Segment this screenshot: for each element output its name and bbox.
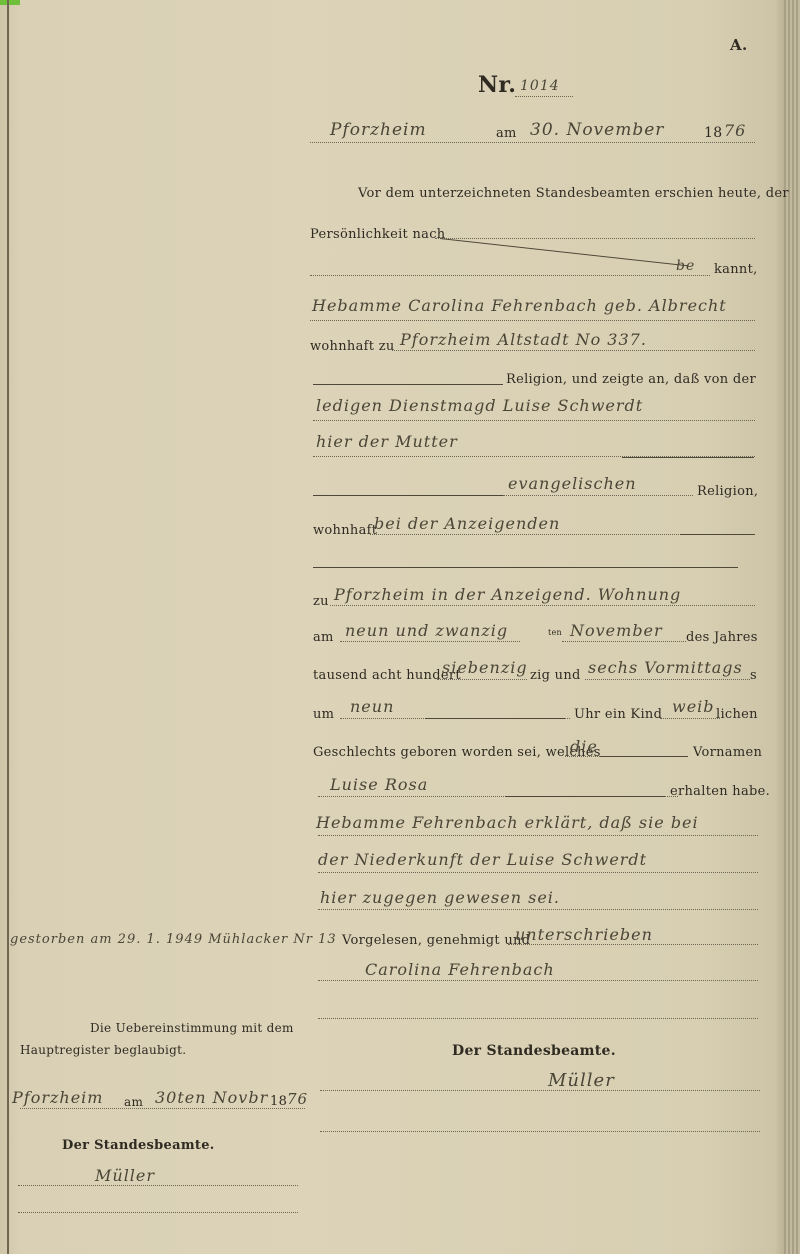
record-number-label: Nr.: [478, 72, 516, 98]
birth-day-label: am: [313, 630, 334, 645]
mother-hand-1: ledigen Dienstmagd Luise Schwerdt: [316, 396, 643, 415]
mother-religion-line: [503, 495, 693, 496]
page-marker: A.: [730, 36, 747, 54]
strike-line: [440, 238, 689, 266]
time-rule: [425, 718, 565, 719]
birth-month-line: [562, 641, 686, 642]
cert-signature: Müller: [95, 1166, 155, 1185]
certification-line-1: Die Uebereinstimmung mit dem: [90, 1021, 294, 1035]
religion-line: Religion, und zeigte an, daß von der: [506, 372, 756, 387]
mother-residence-hand: bei der Anzeigenden: [374, 514, 560, 533]
birthplace-hand: Pforzheim in der Anzeigend. Wohnung: [334, 585, 681, 604]
thousand-label: tausend acht hundert: [313, 668, 461, 683]
corner-tab: [0, 0, 20, 5]
approval-label: Vorgelesen, genehmigt und: [342, 933, 530, 948]
registrar-label: Der Standesbeamte.: [452, 1043, 616, 1059]
decade-hand: siebenzig: [442, 658, 528, 677]
date-hand: 30. November: [530, 120, 664, 140]
place-hand: Pforzheim: [330, 120, 427, 140]
time-hand: neun: [350, 697, 394, 716]
birth-day-line: [340, 641, 520, 642]
mother-hand-2: hier der Mutter: [316, 432, 458, 451]
cert-place-hand: Pforzheim: [12, 1088, 103, 1107]
registrar-line-2: [320, 1131, 760, 1132]
year-prefix: 18: [704, 125, 722, 141]
birth-month-hand: November: [570, 621, 663, 640]
sex-hand: weib: [672, 697, 715, 716]
note-line-2: [318, 872, 758, 873]
known-prefix-hand: be: [676, 258, 695, 274]
informant-line: [310, 320, 755, 321]
note-hand-2: der Niederkunft der Luise Schwerdt: [318, 850, 647, 869]
mother-religion-rule: [313, 495, 503, 496]
informant-signature: Carolina Fehrenbach: [365, 960, 555, 979]
cert-year-prefix: 18: [270, 1094, 287, 1109]
approval-hand: unterschrieben: [515, 925, 653, 944]
record-number: 1014: [520, 78, 560, 94]
note-line-3: [318, 909, 758, 910]
informant-hand: Hebamme Carolina Fehrenbach geb. Albrech…: [312, 296, 727, 315]
registrar-signature: Müller: [548, 1070, 615, 1091]
name-pronoun-rule: [600, 756, 688, 757]
cert-signature-line: [18, 1185, 298, 1186]
child-name-rule: [505, 796, 665, 797]
note-hand-1: Hebamme Fehrenbach erklärt, daß sie bei: [316, 813, 699, 832]
known-label: kannt,: [714, 262, 758, 277]
unit-hand: sechs Vormittags: [588, 658, 743, 677]
residence-label: wohnhaft zu: [310, 339, 395, 354]
religion-label: Religion,: [697, 484, 758, 499]
name-pronoun-hand: die: [570, 737, 598, 756]
margin-death-note: gestorben am 29. 1. 1949 Mühlacker Nr 13: [10, 932, 337, 947]
identity-line: [435, 238, 755, 239]
year-label: des Jahres: [686, 630, 758, 645]
birthplace-label: zu: [313, 594, 329, 609]
year-suffix: 76: [724, 121, 746, 140]
time-label: um: [313, 707, 334, 722]
birth-day-hand: neun und zwanzig: [345, 621, 508, 640]
registrar-line: [320, 1090, 760, 1091]
identity-label: Persönlichkeit nach: [310, 227, 445, 242]
approval-line: [508, 944, 758, 945]
signature-line-2: [318, 1018, 758, 1019]
mother-residence-rule: [680, 534, 755, 535]
mother-residence-label: wohnhaft: [313, 523, 377, 538]
signature-line-1: [318, 980, 758, 981]
page-spine-line: [7, 0, 9, 1254]
cert-date-hand: 30ten Novbr: [155, 1088, 268, 1107]
birthplace-line: [330, 605, 755, 606]
known-line: [310, 275, 710, 276]
unit-suffix: s: [750, 668, 757, 683]
am-label: am: [496, 126, 517, 141]
decade-line: [437, 679, 527, 680]
religion-rule: [313, 384, 503, 385]
blank-rule: [313, 567, 738, 568]
zig-und-label: zig und: [530, 668, 581, 683]
note-line-1: [318, 835, 758, 836]
cert-registrar-label: Der Standesbeamte.: [62, 1138, 215, 1153]
birth-day-suffix: ten: [548, 628, 562, 637]
mother-line-1: [313, 420, 755, 421]
cert-place-line: [20, 1108, 305, 1109]
mother-rule: [622, 457, 754, 458]
clock-label: Uhr ein Kind: [574, 707, 662, 722]
residence-hand: Pforzheim Altstadt No 337.: [400, 330, 647, 349]
note-hand-3: hier zugegen gewesen sei.: [320, 888, 560, 907]
intro-text: Vor dem unterzeichneten Standesbeamten e…: [358, 186, 789, 201]
record-number-line: [515, 96, 573, 97]
register-page: A. Nr. 1014 Pforzheim am 30. November 18…: [0, 0, 800, 1254]
received-label: erhalten habe.: [670, 784, 770, 799]
sex-line: [660, 718, 720, 719]
mother-religion-hand: evangelischen: [508, 474, 637, 493]
residence-line: [392, 350, 755, 351]
cert-am-label: am: [124, 1095, 143, 1109]
child-name-hand: Luise Rosa: [330, 775, 428, 794]
place-date-line: [310, 142, 755, 143]
certification-line-2: Hauptregister beglaubigt.: [20, 1043, 186, 1057]
cert-year-suffix: 76: [287, 1090, 308, 1108]
first-names-label: Vornamen: [693, 745, 762, 760]
cert-signature-line-2: [18, 1212, 298, 1213]
sex-suffix: lichen: [716, 707, 758, 722]
unit-line: [585, 679, 750, 680]
gender-line: Geschlechts geboren worden sei, welches: [313, 745, 601, 760]
